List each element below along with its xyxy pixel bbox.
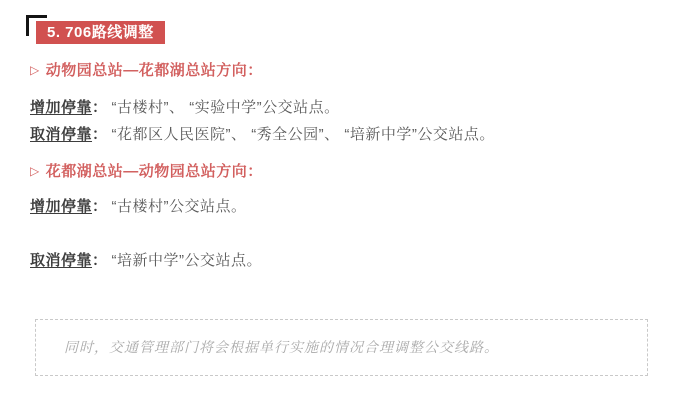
- direction-heading: ▷动物园总站—花都湖总站方向：: [30, 61, 650, 81]
- stop-change-line: 取消停靠：“培新中学”公交站点。: [30, 251, 650, 271]
- stop-change-line: 增加停靠：“古楼村”公交站点。: [30, 197, 650, 217]
- direction-section-inbound: ▷花都湖总站—动物园总站方向： 增加停靠：“古楼村”公交站点。 取消停靠：“培新…: [30, 162, 650, 271]
- direction-heading-text: 动物园总站—花都湖总站方向：: [46, 62, 263, 79]
- note-text: 同时，交通管理部门将会根据单行实施的情况合理调整公交线路。: [64, 337, 619, 357]
- stop-change-text: “古楼村”、 “实验中学”公交站点。: [112, 99, 340, 116]
- direction-section-outbound: ▷动物园总站—花都湖总站方向： 增加停靠：“古楼村”、 “实验中学”公交站点。 …: [30, 61, 650, 145]
- stop-change-text: “花都区人民医院”、 “秀全公园”、 “培新中学”公交站点。: [112, 126, 495, 143]
- label-colon: ：: [92, 198, 108, 215]
- label-colon: ：: [92, 126, 108, 143]
- stop-change-line: 增加停靠：“古楼村”、 “实验中学”公交站点。: [30, 98, 650, 118]
- stop-change-label: 增加停靠: [30, 198, 92, 215]
- section-title-badge: 5. 706路线调整: [36, 21, 165, 44]
- triangle-right-icon: ▷: [30, 164, 40, 178]
- corner-bracket-decoration: [26, 15, 47, 36]
- label-colon: ：: [92, 99, 108, 116]
- stop-change-label: 增加停靠: [30, 99, 92, 116]
- stop-change-label: 取消停靠: [30, 252, 92, 269]
- direction-heading: ▷花都湖总站—动物园总站方向：: [30, 162, 650, 182]
- triangle-right-icon: ▷: [30, 63, 40, 77]
- article-page: 5. 706路线调整 ▷动物园总站—花都湖总站方向： 增加停靠：“古楼村”、 “…: [0, 0, 680, 403]
- stop-change-text: “古楼村”公交站点。: [112, 198, 247, 215]
- stop-change-label: 取消停靠: [30, 126, 92, 143]
- note-box: 同时，交通管理部门将会根据单行实施的情况合理调整公交线路。: [35, 319, 648, 376]
- direction-heading-text: 花都湖总站—动物园总站方向：: [46, 163, 263, 180]
- stop-change-line: 取消停靠：“花都区人民医院”、 “秀全公园”、 “培新中学”公交站点。: [30, 125, 650, 145]
- label-colon: ：: [92, 252, 108, 269]
- stop-change-text: “培新中学”公交站点。: [112, 252, 263, 269]
